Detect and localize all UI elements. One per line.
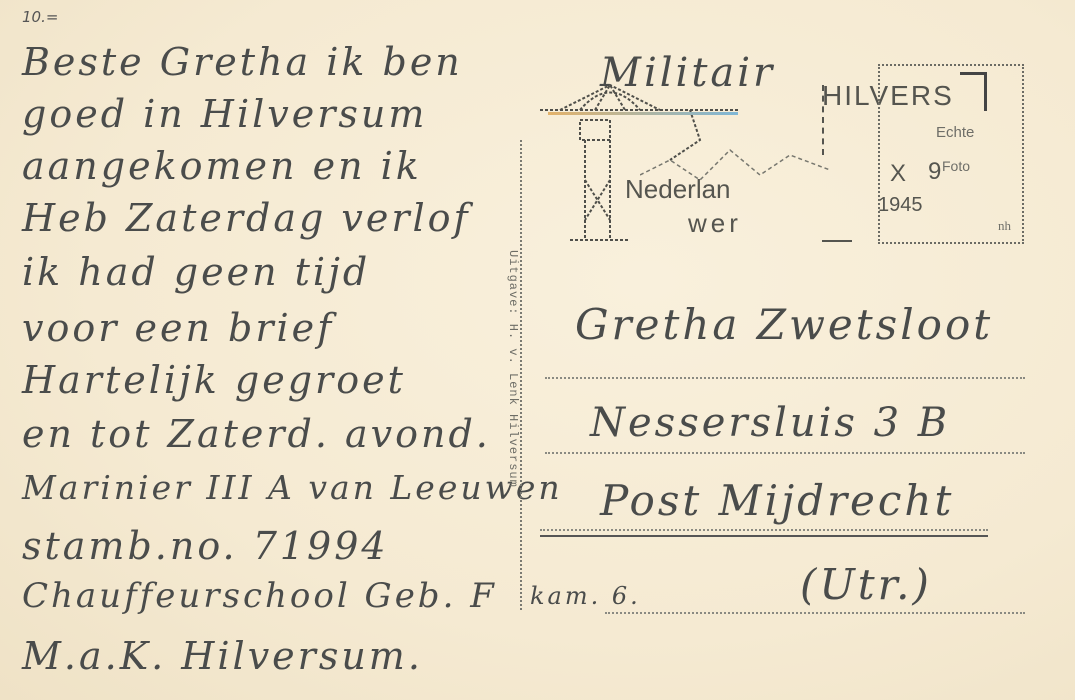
message-line: Heb Zaterdag verlof xyxy=(22,196,471,240)
message-line: voor een brief xyxy=(22,306,334,350)
address-rule xyxy=(545,452,1025,454)
address-line-name: Gretha Zwetsloot xyxy=(575,300,993,349)
price-note: 10.= xyxy=(22,8,58,26)
message-line: goed in Hilversum xyxy=(22,92,427,136)
message-line: Chauffeurschool Geb. F xyxy=(22,576,497,616)
room-number: kam. 6. xyxy=(530,582,641,610)
address-rule xyxy=(605,612,1025,614)
stamp-box-label-middle: Foto xyxy=(942,158,970,174)
stamp-box-label-top: Echte xyxy=(936,124,974,141)
stamp-box-label-bottom: nh xyxy=(998,218,1011,234)
address-line-town: Post Mijdrecht xyxy=(600,476,954,525)
address-line-province: (Utr.) xyxy=(800,560,932,609)
postmark-bracket-bottom xyxy=(822,240,852,242)
message-line: Marinier III A van Leeuwen xyxy=(22,468,563,507)
message-line: ik had geen tijd xyxy=(22,250,370,294)
message-line: aangekomen en ik xyxy=(22,144,422,188)
address-rule xyxy=(545,377,1025,379)
postmark-slogan-line2: wer xyxy=(688,208,742,239)
postmark-slogan-line1: Nederlan xyxy=(625,174,731,205)
center-divider xyxy=(520,140,522,610)
address-rule-solid xyxy=(540,535,988,537)
publisher-imprint: Uitgave: H. v. Lenk Hilversum xyxy=(506,250,520,488)
message-line: en tot Zaterd. avond. xyxy=(22,412,491,456)
postcard-back: 10.= Beste Gretha ik ben goed in Hilvers… xyxy=(0,0,1075,700)
message-line: M.a.K. Hilversum. xyxy=(22,634,423,678)
stamp-placement-box: Echte Foto nh xyxy=(878,64,1024,244)
printing-streak xyxy=(548,112,738,115)
address-rule xyxy=(540,529,988,531)
message-line: Beste Gretha ik ben xyxy=(22,40,463,84)
message-line: Hartelijk gegroet xyxy=(22,358,406,402)
postmark-bracket-left xyxy=(822,85,824,155)
message-line: stamb.no. 71994 xyxy=(22,524,389,568)
address-line-street: Nessersluis 3 B xyxy=(590,400,950,446)
